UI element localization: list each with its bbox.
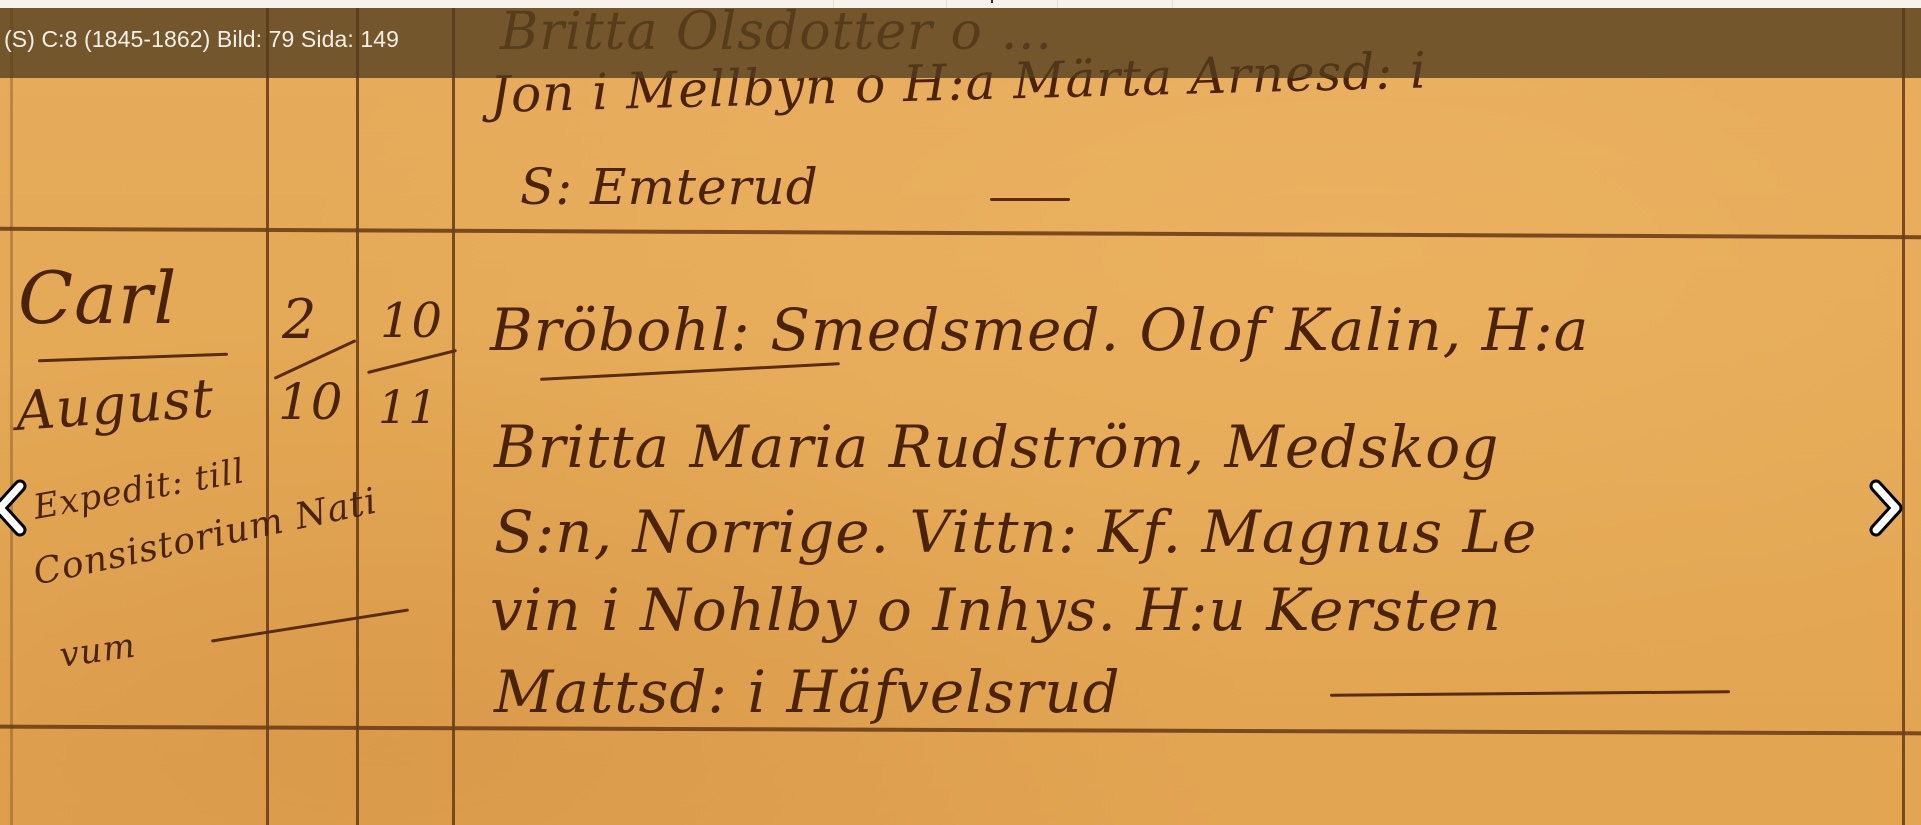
given-name-second: August — [14, 366, 216, 443]
previous-image-button[interactable] — [0, 478, 30, 538]
chevron-left-icon — [0, 478, 30, 538]
image-info-bar: (S) C:8 (1845-1862) Bild: 79 Sida: 149 — [0, 8, 1921, 78]
toolbar-separator — [946, 0, 947, 8]
underline-stroke — [38, 353, 228, 363]
row-divider — [0, 725, 1921, 736]
column-divider — [452, 8, 455, 825]
column-divider — [1902, 8, 1905, 825]
page-margin-line — [10, 8, 13, 825]
margin-note: vum — [57, 626, 138, 676]
birth-day: 2 — [282, 288, 317, 351]
column-divider — [266, 8, 269, 825]
entry-text-line: S:n, Norrige. Vittn: Kf. Magnus Le — [494, 498, 1537, 566]
flourish-stroke — [211, 608, 409, 642]
chevron-right-icon — [1866, 478, 1906, 538]
toolbar-separator — [1172, 0, 1173, 8]
flourish-stroke — [1330, 690, 1730, 696]
baptism-day: 10 — [380, 293, 443, 349]
entry-text-line: Britta Maria Rudström, Medskog — [494, 413, 1499, 481]
birth-month: 10 — [278, 373, 344, 431]
entry-text-line: Mattsd: i Häfvelsrud — [494, 658, 1121, 726]
given-name-first: Carl — [18, 256, 177, 340]
image-viewer[interactable]: Britta Olsdotter o … Jon i Mellbyn o H:a… — [0, 0, 1921, 825]
flourish-stroke — [990, 198, 1070, 201]
toolbar-separator — [1057, 0, 1058, 8]
toolbar-separator — [833, 0, 834, 8]
entry-text-line: Bröbohl: Smedsmed. Olof Kalin, H:a — [490, 296, 1589, 364]
next-image-button[interactable] — [1866, 478, 1906, 538]
row-divider — [0, 227, 1921, 239]
scanned-page-image[interactable]: Britta Olsdotter o … Jon i Mellbyn o H:a… — [0, 8, 1921, 825]
image-reference-text: (S) C:8 (1845-1862) Bild: 79 Sida: 149 — [4, 26, 399, 53]
column-divider — [356, 8, 359, 825]
baptism-month: 11 — [378, 380, 439, 434]
entry-text-line: vin i Nohlby o Inhys. H:u Kersten — [490, 576, 1502, 644]
top-toolbar-strip — [0, 0, 1921, 8]
date-fraction-line — [367, 349, 457, 374]
underline-stroke — [540, 362, 840, 381]
handwritten-text: S: Emterud — [520, 158, 819, 216]
toolbar-marker — [991, 0, 993, 3]
